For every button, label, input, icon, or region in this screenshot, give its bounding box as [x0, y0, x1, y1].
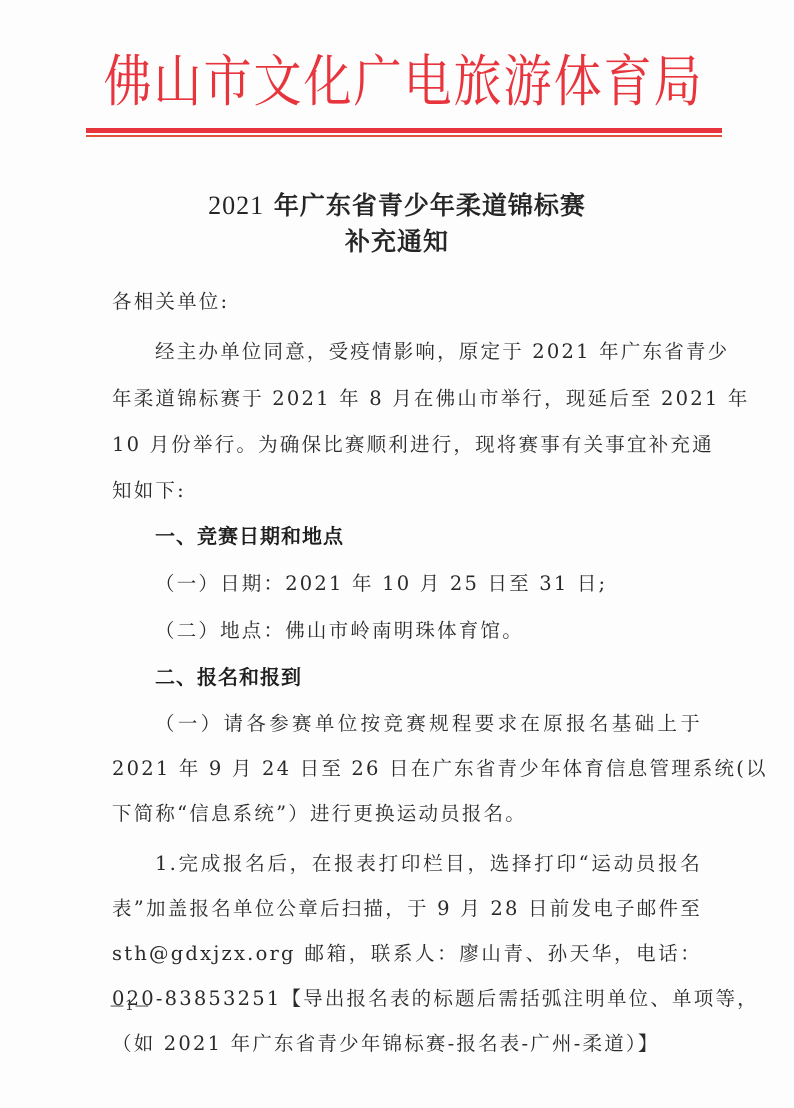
letterhead-char: 文 — [254, 48, 297, 118]
section2-item1-line: 下简称“信息系统”）进行更换运动员报名。 — [112, 800, 702, 828]
letterhead-char: 局 — [654, 48, 697, 118]
letterhead-rule-thick — [86, 128, 722, 133]
section1-item-date: （一）日期：2021 年 10 月 25 日至 31 日; — [155, 570, 702, 598]
letterhead-char: 电 — [404, 48, 447, 118]
section2-item1-line: （一）请各参赛单位按竞赛规程要求在原报名基础上于 — [155, 710, 702, 738]
point1-line: 1.完成报名后，在报表打印栏目，选择打印“运动员报名 — [155, 850, 702, 878]
letterhead-char: 佛 — [104, 48, 147, 118]
section2-item1-line: 2021 年 9 月 24 日至 26 日在广东省青少年体育信息管理系统(以 — [112, 755, 702, 783]
point1-line: （如 2021 年广东省青少年锦标赛-报名表-广州-柔道）】 — [112, 1030, 702, 1058]
letterhead-char: 市 — [204, 48, 247, 118]
intro-line: 知如下: — [112, 477, 702, 505]
letterhead-title: 佛 山 市 文 化 广 电 旅 游 体 育 局 — [100, 48, 700, 118]
intro-line: 经主办单位同意，受疫情影响，原定于 2021 年广东省青少 — [155, 338, 702, 366]
letterhead-char: 化 — [304, 48, 347, 118]
page-number: —1— — [110, 998, 150, 1014]
intro-line: 10 月份举行。为确保比赛顺利进行，现将赛事有关事宜补充通 — [112, 431, 702, 459]
point1-line-phone: 020-83853251【导出报名表的标题后需括弧注明单位、单项等， — [112, 985, 702, 1013]
letterhead-char: 山 — [154, 48, 197, 118]
intro-line: 年柔道锦标赛于 2021 年 8 月在佛山市举行，现延后至 2021 年 — [112, 385, 702, 413]
letterhead-char: 旅 — [454, 48, 497, 118]
letterhead-char: 游 — [504, 48, 547, 118]
letterhead-char: 广 — [354, 48, 397, 118]
letterhead-char: 体 — [554, 48, 597, 118]
document-subtitle: 补充通知 — [0, 222, 794, 258]
letterhead-rule-thin — [86, 135, 722, 137]
point1-line: 表”加盖报名单位公章后扫描，于 9 月 28 日前发电子邮件至 — [112, 895, 702, 923]
letterhead-char: 育 — [604, 48, 647, 118]
section-heading-2: 二、报名和报到 — [155, 663, 702, 691]
title-text: 年广东省青少年柔道锦标赛 — [274, 191, 586, 220]
title-year: 2021 — [208, 191, 264, 220]
section-heading-1: 一、竞赛日期和地点 — [155, 522, 702, 550]
salutation: 各相关单位: — [112, 288, 702, 316]
point1-line-email: sth@gdxjzx.org 邮箱，联系人：廖山青、孙天华，电话： — [112, 940, 702, 968]
section1-item-venue: （二）地点：佛山市岭南明珠体育馆。 — [155, 617, 702, 645]
document-title: 2021 年广东省青少年柔道锦标赛 — [0, 186, 794, 222]
document-page: 佛 山 市 文 化 广 电 旅 游 体 育 局 2021 年广东省青少年柔道锦标… — [0, 0, 794, 1108]
